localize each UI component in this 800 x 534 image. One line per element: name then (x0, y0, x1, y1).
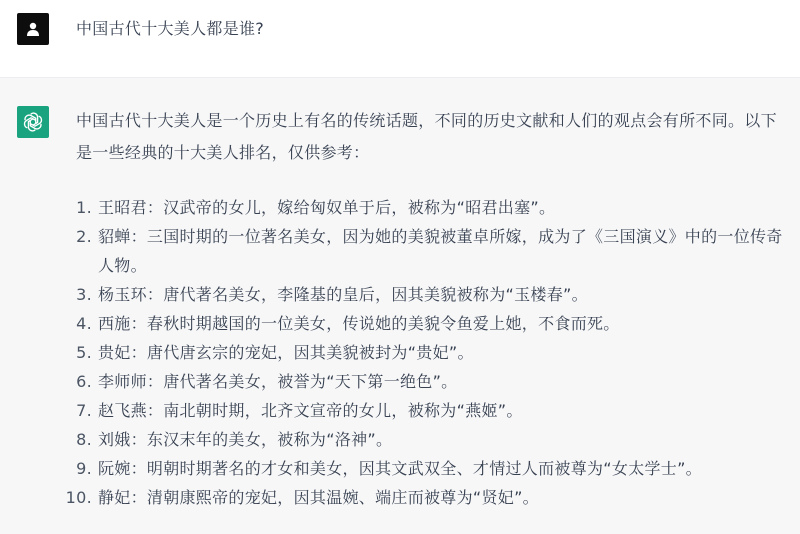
list-item-text: 杨玉环：唐代著名美女，李隆基的皇后，因其美貌被称为“玉楼春”。 (98, 285, 588, 304)
list-item-number: 1. (52, 193, 92, 222)
list-item-text: 刘娥：东汉末年的美女，被称为“洛神”。 (98, 430, 392, 449)
list-item: 8.刘娥：东汉末年的美女，被称为“洛神”。 (76, 425, 788, 454)
assistant-intro-text: 中国古代十大美人是一个历史上有名的传统话题，不同的历史文献和人们的观点会有所不同… (76, 105, 788, 169)
assistant-avatar (17, 106, 49, 138)
list-item-number: 7. (52, 396, 92, 425)
list-item-number: 6. (52, 367, 92, 396)
list-item: 5.贵妃：唐代唐玄宗的宠妃，因其美貌被封为“贵妃”。 (76, 338, 788, 367)
list-item-number: 10. (52, 483, 92, 512)
list-item: 6.李师师：唐代著名美女，被誉为“天下第一绝色”。 (76, 367, 788, 396)
list-item-number: 4. (52, 309, 92, 338)
list-item-number: 2. (52, 222, 92, 251)
list-item-number: 9. (52, 454, 92, 483)
list-item-text: 西施：春秋时期越国的一位美女，传说她的美貌令鱼爱上她，不食而死。 (98, 314, 620, 333)
list-item-text: 阮婉：明朝时期著名的才女和美女，因其文武双全、才情过人而被尊为“女太学士”。 (98, 459, 702, 478)
list-item-text: 李师师：唐代著名美女，被誉为“天下第一绝色”。 (98, 372, 457, 391)
user-message: 中国古代十大美人都是谁? (0, 0, 800, 78)
user-silhouette-icon (25, 21, 41, 37)
list-item-text: 王昭君：汉武帝的女儿，嫁给匈奴单于后，被称为“昭君出塞”。 (98, 198, 555, 217)
list-item: 2.貂蝉：三国时期的一位著名美女，因为她的美貌被董卓所嫁，成为了《三国演义》中的… (76, 222, 788, 280)
list-item-number: 8. (52, 425, 92, 454)
list-item: 10.静妃：清朝康熙帝的宠妃，因其温婉、端庄而被尊为“贤妃”。 (76, 483, 788, 512)
list-item: 1.王昭君：汉武帝的女儿，嫁给匈奴单于后，被称为“昭君出塞”。 (76, 193, 788, 222)
list-item-text: 赵飞燕：南北朝时期，北齐文宣帝的女儿，被称为“燕姬”。 (98, 401, 523, 420)
openai-logo-icon (22, 111, 44, 133)
user-avatar (17, 13, 49, 45)
list-item-text: 貂蝉：三国时期的一位著名美女，因为她的美貌被董卓所嫁，成为了《三国演义》中的一位… (98, 227, 783, 275)
list-item: 9.阮婉：明朝时期著名的才女和美女，因其文武双全、才情过人而被尊为“女太学士”。 (76, 454, 788, 483)
user-message-text: 中国古代十大美人都是谁? (76, 15, 264, 43)
list-item: 3.杨玉环：唐代著名美女，李隆基的皇后，因其美貌被称为“玉楼春”。 (76, 280, 788, 309)
assistant-message: 中国古代十大美人是一个历史上有名的传统话题，不同的历史文献和人们的观点会有所不同… (0, 78, 800, 534)
list-item-text: 贵妃：唐代唐玄宗的宠妃，因其美貌被封为“贵妃”。 (98, 343, 474, 362)
list-item: 7.赵飞燕：南北朝时期，北齐文宣帝的女儿，被称为“燕姬”。 (76, 396, 788, 425)
list-item: 4.西施：春秋时期越国的一位美女，传说她的美貌令鱼爱上她，不食而死。 (76, 309, 788, 338)
assistant-message-body: 中国古代十大美人是一个历史上有名的传统话题，不同的历史文献和人们的观点会有所不同… (76, 105, 788, 512)
list-item-number: 3. (52, 280, 92, 309)
list-item-text: 静妃：清朝康熙帝的宠妃，因其温婉、端庄而被尊为“贤妃”。 (98, 488, 539, 507)
list-item-number: 5. (52, 338, 92, 367)
beauties-list: 1.王昭君：汉武帝的女儿，嫁给匈奴单于后，被称为“昭君出塞”。 2.貂蝉：三国时… (76, 193, 788, 512)
